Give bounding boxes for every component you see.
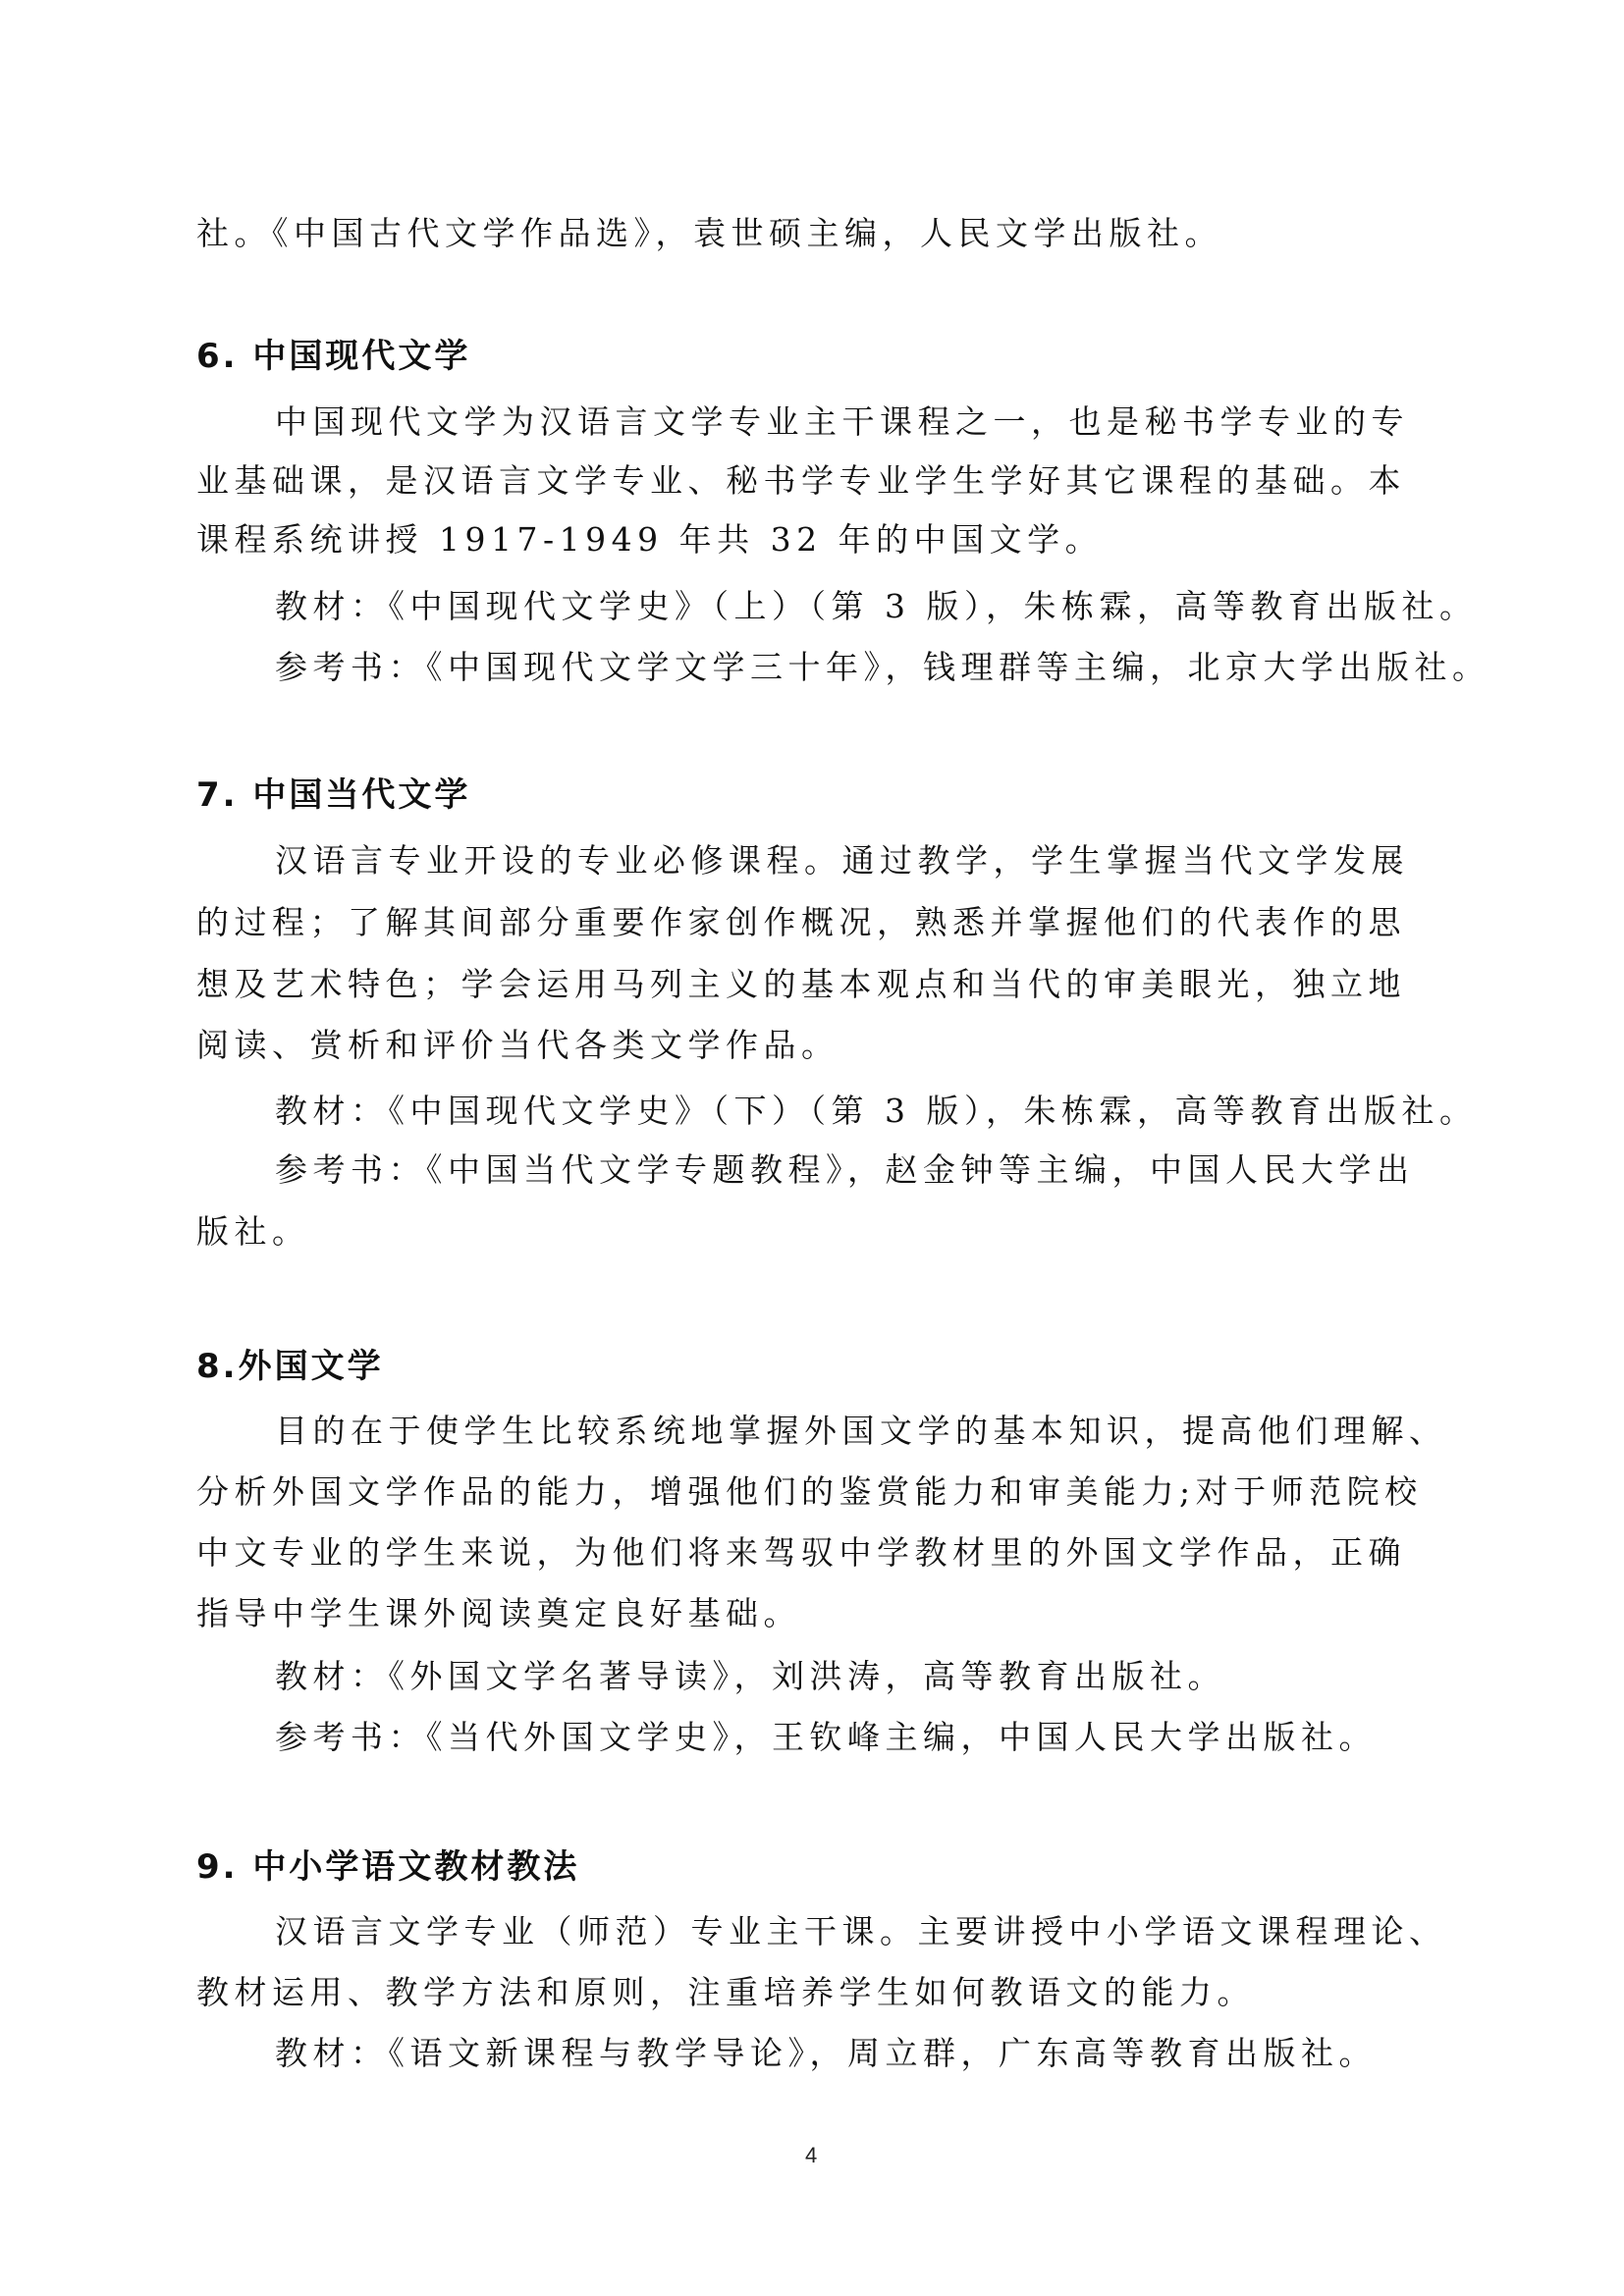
paragraph-line: 阅读、赏析和评价当代各类文学作品。 [196, 1026, 1443, 1065]
reference-line: 参考书：《当代外国文学史》，王钦峰主编，中国人民大学出版社。 [275, 1718, 1443, 1757]
paragraph-line: 社。《中国古代文学作品选》，袁世硕主编，人民文学出版社。 [196, 214, 1443, 253]
paragraph-line: 业基础课，是汉语言文学专业、秘书学专业学生学好其它课程的基础。本 [196, 461, 1443, 501]
section-heading-8: 8.外国文学 [196, 1347, 1443, 1386]
paragraph-line: 教材运用、教学方法和原则，注重培养学生如何教语文的能力。 [196, 1973, 1443, 2012]
reference-line: 参考书：《中国现代文学文学三十年》，钱理群等主编，北京大学出版社。 [275, 648, 1443, 687]
paragraph-line: 汉语言文学专业（师范）专业主干课。主要讲授中小学语文课程理论、 [275, 1912, 1443, 1951]
textbook-line: 教材：《外国文学名著导读》，刘洪涛，高等教育出版社。 [275, 1657, 1443, 1696]
paragraph-line: 指导中学生课外阅读奠定良好基础。 [196, 1594, 1443, 1633]
paragraph-line: 中国现代文学为汉语言文学专业主干课程之一，也是秘书学专业的专 [275, 402, 1443, 442]
paragraph-line: 分析外国文学作品的能力，增强他们的鉴赏能力和审美能力;对于师范院校 [196, 1472, 1443, 1512]
paragraph-line: 想及艺术特色；学会运用马列主义的基本观点和当代的审美眼光，独立地 [196, 965, 1443, 1004]
paragraph-line: 汉语言专业开设的专业必修课程。通过教学，学生掌握当代文学发展 [275, 841, 1443, 881]
section-heading-6: 6. 中国现代文学 [196, 337, 1443, 376]
section-heading-9: 9. 中小学语文教材教法 [196, 1847, 1443, 1887]
paragraph-line: 目的在于使学生比较系统地掌握外国文学的基本知识，提高他们理解、 [275, 1412, 1443, 1451]
paragraph-line: 课程系统讲授 1917-1949 年共 32 年的中国文学。 [196, 520, 1443, 560]
page-number: 4 [805, 2143, 817, 2168]
paragraph-line: 的过程；了解其间部分重要作家创作概况，熟悉并掌握他们的代表作的思 [196, 903, 1443, 942]
reference-line: 参考书：《中国当代文学专题教程》，赵金钟等主编，中国人民大学出 [275, 1150, 1443, 1190]
textbook-line: 教材：《中国现代文学史》（上）（第 3 版），朱栋霖，高等教育出版社。 [275, 587, 1443, 626]
section-heading-7: 7. 中国当代文学 [196, 775, 1443, 815]
reference-line: 版社。 [196, 1212, 1443, 1252]
paragraph-line: 中文专业的学生来说，为他们将来驾驭中学教材里的外国文学作品，正确 [196, 1533, 1443, 1573]
textbook-line: 教材：《中国现代文学史》（下）（第 3 版），朱栋霖，高等教育出版社。 [275, 1092, 1443, 1131]
textbook-line: 教材：《语文新课程与教学导论》，周立群，广东高等教育出版社。 [275, 2034, 1443, 2073]
